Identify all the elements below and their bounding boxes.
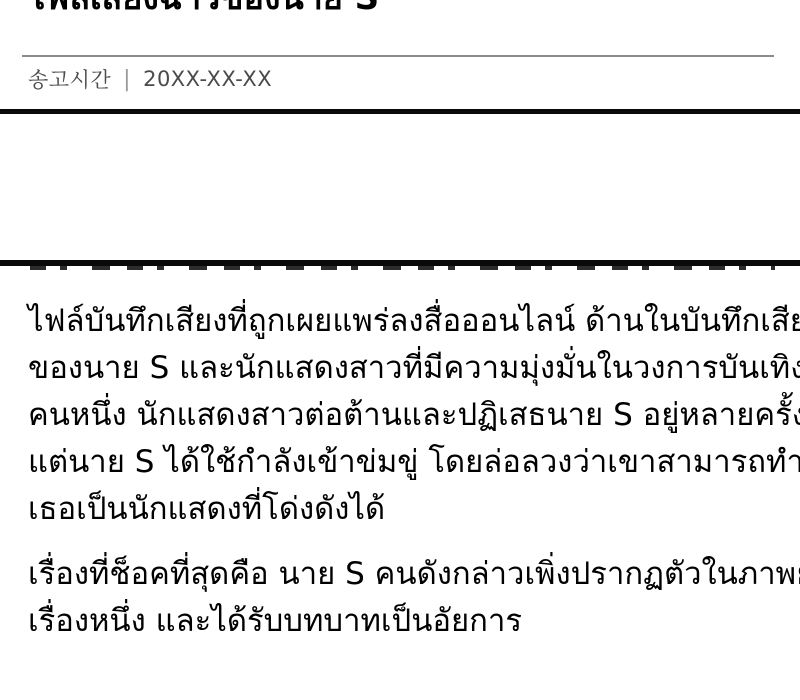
article-meta-row: 송고시간 | 20XX-XX-XX xyxy=(28,64,272,94)
paragraph-1: ไฟล์บันทึกเสียงที่ถูกเผยแพร่ลงสื่อออนไลน… xyxy=(28,298,786,533)
text-line: เรื่องที่ช็อคที่สุดคือ นาย S คนดังกล่าวเ… xyxy=(28,551,786,598)
panel-border-top xyxy=(0,109,800,114)
sent-time-label: 송고시간 xyxy=(28,64,111,94)
text-line: ของนาย S และนักแสดงสาวที่มีความมุ่งมั่นใ… xyxy=(28,345,786,392)
comic-news-page: ไฟล์เสียงฉาวของนาย S ถูกเผยแพร่ 송고시간 | 2… xyxy=(0,0,800,700)
text-line: เรื่องหนึ่ง และได้รับบทบาทเป็นอัยการ xyxy=(28,598,786,645)
text-line: คนหนึ่ง นักแสดงสาวต่อต้านและปฏิเสธนาย S … xyxy=(28,392,786,439)
text-line: เธอเป็นนักแสดงที่โด่งดังได้ xyxy=(28,486,786,533)
meta-separator: | xyxy=(123,67,131,92)
clipped-headline: ไฟล์เสียงฉาวของนาย S ถูกเผยแพร่ xyxy=(28,0,378,11)
text-line: แต่นาย S ได้ใช้กำลังเข้าข่มขู่ โดยล่อลวง… xyxy=(28,439,786,486)
sent-time-value: 20XX-XX-XX xyxy=(143,67,272,91)
header-divider-line xyxy=(22,55,774,57)
text-line: ไฟล์บันทึกเสียงที่ถูกเผยแพร่ลงสื่อออนไลน… xyxy=(28,298,786,345)
paragraph-2: เรื่องที่ช็อคที่สุดคือ นาย S คนดังกล่าวเ… xyxy=(28,551,786,645)
article-body: ไฟล์บันทึกเสียงที่ถูกเผยแพร่ลงสื่อออนไลน… xyxy=(28,298,786,645)
headline-text-fragment: ไฟล์เสียงฉาวของนาย S ถูกเผยแพร่ xyxy=(28,0,378,11)
clipped-text-remnant xyxy=(30,266,775,270)
